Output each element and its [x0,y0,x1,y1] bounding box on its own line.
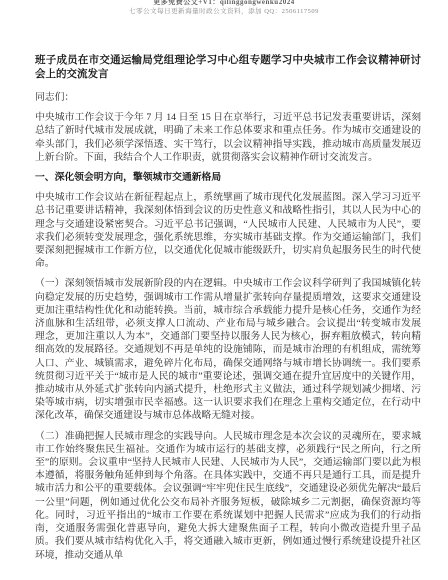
paragraph-section1-lead: 中央城市工作会议站在新征程起点上，系统擘画了城市现代化发展蓝图。深入学习习近平总… [35,191,421,270]
paragraph-point-2: （二）准确把握人民城市理念的实践导向。人民城市理念是本次会议的灵魂所在，要求城市… [35,430,421,562]
document-body: 班子成员在市交通运输局党组理论学习中心组专题学习中央城市工作会议精神研讨会上的交… [35,54,421,569]
document-title: 班子成员在市交通运输局党组理论学习中心组专题学习中央城市工作会议精神研讨会上的交… [35,54,421,81]
watermark-line-2: 七零公文每日更新海量时政公文资料，添加 QQ：2506117509 [0,7,448,16]
document-page: 更多免费公文+V1：qilinggongwenku2024 七零公文每日更新海量… [0,0,448,580]
paragraph-intro: 中央城市工作会议于今年 7 月 14 日至 15 日在京举行，习近平总书记发表重… [35,111,421,164]
salutation: 同志们： [35,91,421,104]
paragraph-point-1: （一）深刻领悟城市发展新阶段的内在逻辑。中央城市工作会议科学研判了我国城镇化转向… [35,277,421,422]
watermark-line-1: 更多免费公文+V1：qilinggongwenku2024 [0,0,448,7]
section-heading-1: 一、深化领会明方向，擎领城市交通新格局 [35,171,421,184]
watermark: 更多免费公文+V1：qilinggongwenku2024 七零公文每日更新海量… [0,0,448,17]
